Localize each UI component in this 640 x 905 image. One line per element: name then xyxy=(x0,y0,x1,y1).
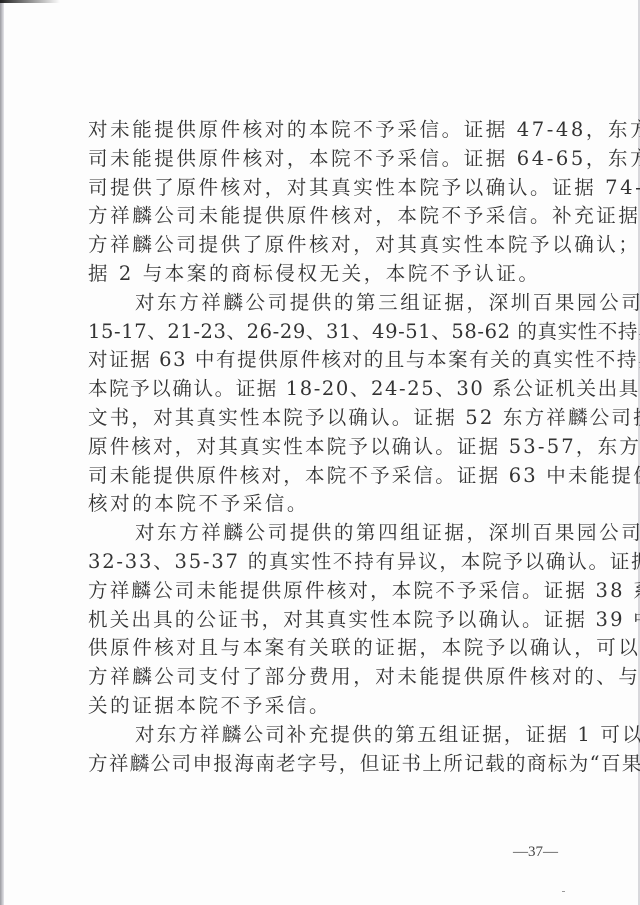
text-line: 原件核对，对其真实性本院予以确认。证据 53-57，东方祥麟公 xyxy=(88,433,560,462)
text-line: 司提供了原件核对，对其真实性本院予以确认。证据 74-77，东 xyxy=(88,174,560,203)
text-line: 机关出具的公证书，对其真实性本院予以确认。证据 39 中有提 xyxy=(88,606,560,635)
page-number: —37— xyxy=(513,844,558,861)
text-line: 方祥麟公司提供了原件核对，对其真实性本院予以确认；补充证 xyxy=(88,231,560,260)
text-line: 供原件核对且与本案有关联的证据，本院予以确认，可以证明东 xyxy=(88,634,560,663)
text-line: 方祥麟公司申报海南老字号，但证书上所记载的商标为“百果园”， xyxy=(88,750,560,779)
text-line: 司未能提供原件核对，本院不予采信。证据 64-65，东方祥麟公 xyxy=(88,145,560,174)
text-line: 文书，对其真实性本院予以确认。证据 52 东方祥麟公司提供了 xyxy=(88,404,560,433)
text-line: 方祥麟公司未能提供原件核对，本院不予采信。补充证据 1，东 xyxy=(88,202,560,231)
body-text: 对未能提供原件核对的本院不予采信。证据 47-48，东方祥麟公 司未能提供原件核… xyxy=(88,116,560,778)
text-line: 32-33、35-37 的真实性不持有异议，本院予以确认。证据 34 东 xyxy=(88,548,560,577)
scan-edge-top xyxy=(0,0,60,3)
scan-speck xyxy=(562,891,565,892)
text-line: 据 2 与本案的商标侵权无关，本院不予认证。 xyxy=(88,260,560,289)
text-line: 关的证据本院不予采信。 xyxy=(88,692,560,721)
paragraph-start-line: 对东方祥麟公司提供的第三组证据，深圳百果园公司对证据 xyxy=(88,289,560,318)
document-page: 对未能提供原件核对的本院不予采信。证据 47-48，东方祥麟公 司未能提供原件核… xyxy=(0,0,640,905)
text-line: 对证据 63 中有提供原件核对的且与本案有关的真实性不持异议， xyxy=(88,346,560,375)
text-line: 方祥麟公司未能提供原件核对，本院不予采信。证据 38 系公证 xyxy=(88,577,560,606)
text-line: 对未能提供原件核对的本院不予采信。证据 47-48，东方祥麟公 xyxy=(88,116,560,145)
text-line: 15-17、21-23、26-29、31、49-51、58-62 的真实性不持异… xyxy=(88,318,560,347)
text-line: 司未能提供原件核对，本院不予采信。证据 63 中未能提供原件 xyxy=(88,462,560,491)
text-line: 核对的本院不予采信。 xyxy=(88,490,560,519)
paragraph-start-line: 对东方祥麟公司补充提供的第五组证据，证据 1 可以证明东 xyxy=(88,721,560,750)
scan-edge-left xyxy=(0,0,4,905)
paragraph-start-line: 对东方祥麟公司提供的第四组证据，深圳百果园公司对证据 xyxy=(88,519,560,548)
text-line: 本院予以确认。证据 18-20、24-25、30 系公证机关出具的公证 xyxy=(88,375,560,404)
text-line: 方祥麟公司支付了部分费用，对未能提供原件核对的、与本案无 xyxy=(88,663,560,692)
